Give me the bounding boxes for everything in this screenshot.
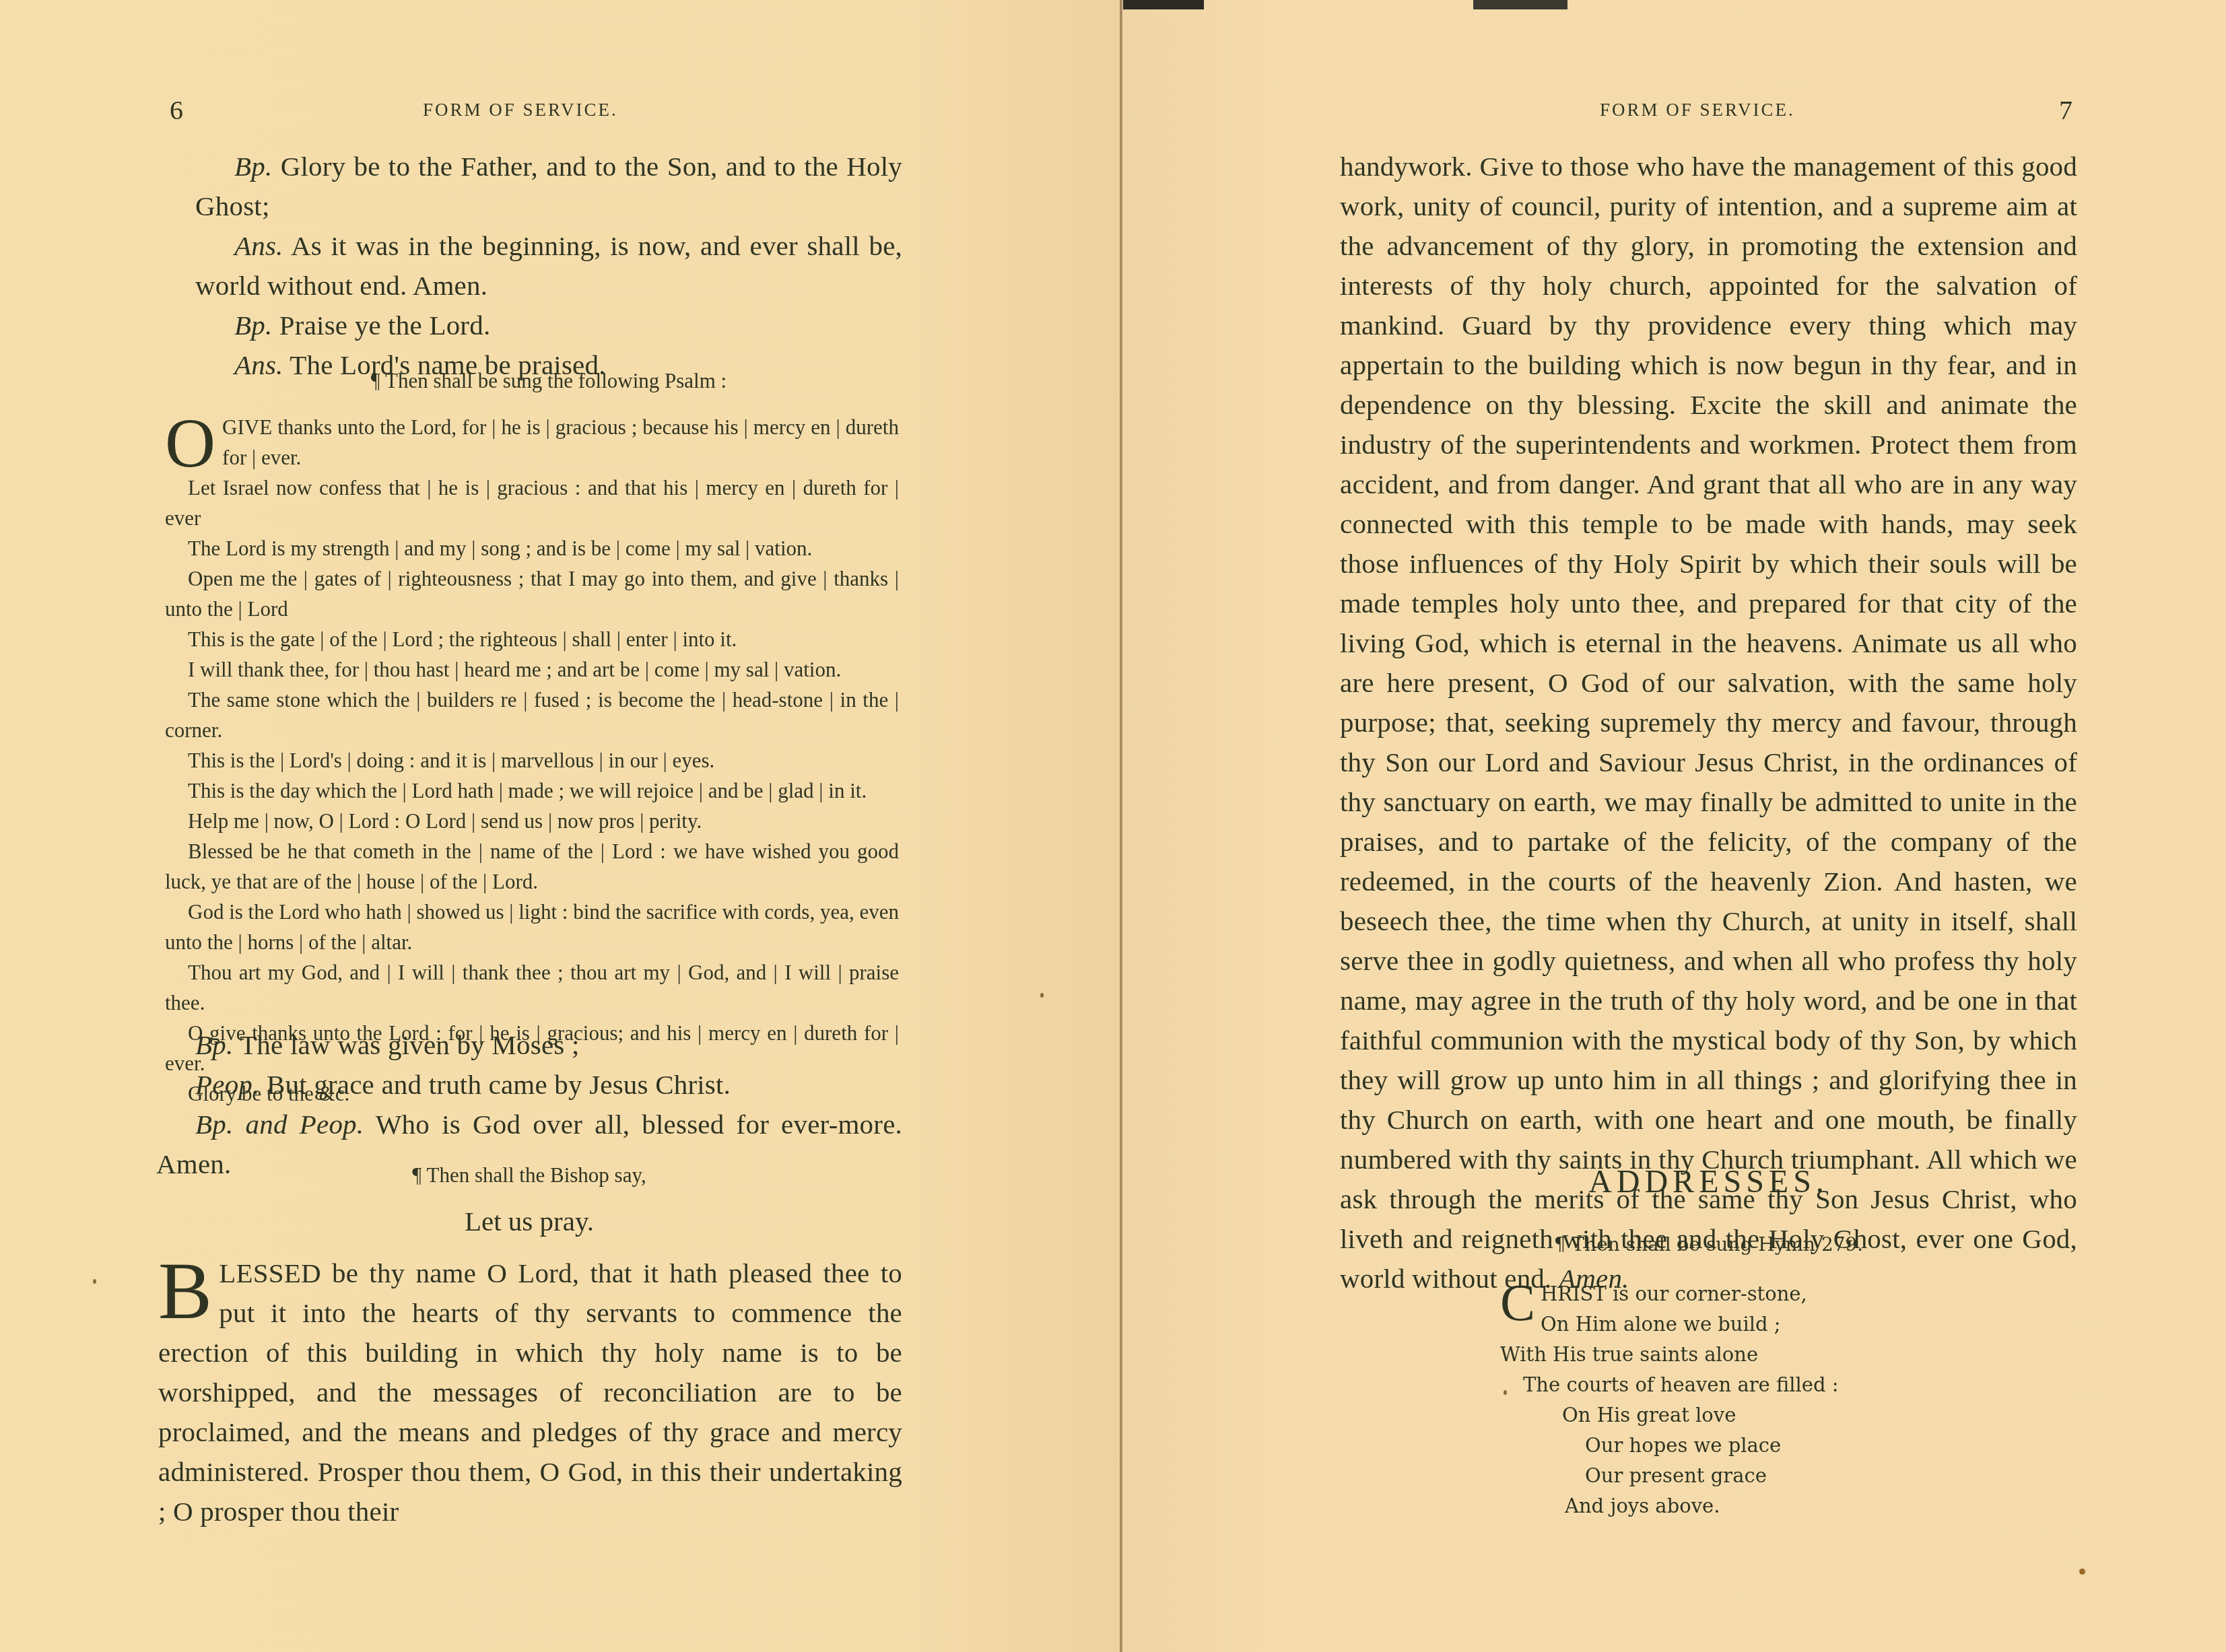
versicles-gloria: Bp. Glory be to the Father, and to the S… — [195, 147, 902, 385]
hymn-line: Our hopes we place — [1500, 1431, 1918, 1461]
hymn-line: On His great love — [1500, 1400, 1918, 1431]
hymn-line: The courts of heaven are filled : — [1500, 1370, 1918, 1400]
psalm-verse: This is the day which the | Lord hath | … — [165, 776, 899, 806]
psalm-verse: Thou art my God, and | I will | thank th… — [165, 957, 899, 1018]
hymn-line: CHRIST is our corner-stone, — [1500, 1279, 1918, 1309]
scan-edge — [1473, 0, 1567, 9]
running-head: FORM OF SERVICE. — [423, 100, 618, 121]
psalm-verse: The same stone which the | builders re |… — [165, 685, 899, 745]
versicle: Bp. Glory be to the Father, and to the S… — [195, 147, 902, 226]
psalm-verse: Blessed be he that cometh in the | name … — [165, 836, 899, 897]
book-gutter — [1120, 0, 1122, 1652]
paper-speck — [93, 1279, 96, 1284]
psalm-verse: Let Israel now confess that | he is | gr… — [165, 473, 899, 533]
paper-speck — [1040, 993, 1044, 998]
left-page: 6 FORM OF SERVICE. Bp. Glory be to the F… — [0, 0, 1121, 1652]
right-page: FORM OF SERVICE. 7 handywork. Give to th… — [1123, 0, 2226, 1652]
drop-cap: B — [158, 1258, 212, 1325]
psalm-verse: This is the | Lord's | doing : and it is… — [165, 745, 899, 776]
psalm-verse: The Lord is my strength | and my | song … — [165, 533, 899, 563]
versicle: Peop. But grace and truth came by Jesus … — [156, 1065, 902, 1105]
running-head: FORM OF SERVICE. — [1600, 100, 1795, 121]
drop-cap: O — [165, 415, 215, 473]
psalm-verse: Help me | now, O | Lord : O Lord | send … — [165, 806, 899, 836]
versicles-law: Bp. The law was given by Moses ; Peop. B… — [156, 1025, 902, 1184]
psalm-verse: I will thank thee, for | thou hast | hea… — [165, 654, 899, 685]
paper-speck — [2079, 1569, 2085, 1575]
drop-cap: C — [1500, 1280, 1535, 1325]
prayer-opening: BLESSED be thy name O Lord, that it hath… — [158, 1253, 902, 1531]
hymn: CHRIST is our corner-stone, On Him alone… — [1500, 1279, 1918, 1521]
psalm-verse: This is the gate | of the | Lord ; the r… — [165, 624, 899, 654]
prayer-continued: handywork. Give to those who have the ma… — [1340, 147, 2077, 1299]
versicle: Bp. The law was given by Moses ; — [156, 1025, 902, 1065]
psalm: OGIVE thanks unto the Lord, for | he is … — [165, 412, 899, 1109]
psalm-first-verse: OGIVE thanks unto the Lord, for | he is … — [165, 412, 899, 473]
hymn-line: And joys above. — [1500, 1491, 1918, 1521]
versicle: Bp. Praise ye the Lord. — [195, 306, 902, 345]
rubric-hymn: ¶ Then shall be sung Hymn 279. — [1340, 1233, 2077, 1255]
rubric-bishop: ¶ Then shall the Bishop say, — [156, 1163, 902, 1188]
versicle: Ans. As it was in the beginning, is now,… — [195, 226, 902, 306]
hymn-line: On Him alone we build ; — [1500, 1309, 1918, 1340]
hymn-line: With His true saints alone — [1500, 1340, 1918, 1370]
section-heading: ADDRESSES. — [1340, 1163, 2077, 1200]
page-number: 6 — [170, 94, 183, 126]
scan-edge — [1123, 0, 1204, 9]
psalm-verse: Open me the | gates of | righteousness ;… — [165, 563, 899, 624]
page-number: 7 — [2059, 94, 2072, 126]
hymn-line: Our present grace — [1500, 1461, 1918, 1491]
let-us-pray: Let us pray. — [156, 1205, 902, 1237]
psalm-verse: God is the Lord who hath | showed us | l… — [165, 897, 899, 957]
paper-speck — [1504, 1390, 1507, 1395]
rubric-psalm: ¶ Then shall be sung the following Psalm… — [195, 369, 902, 393]
